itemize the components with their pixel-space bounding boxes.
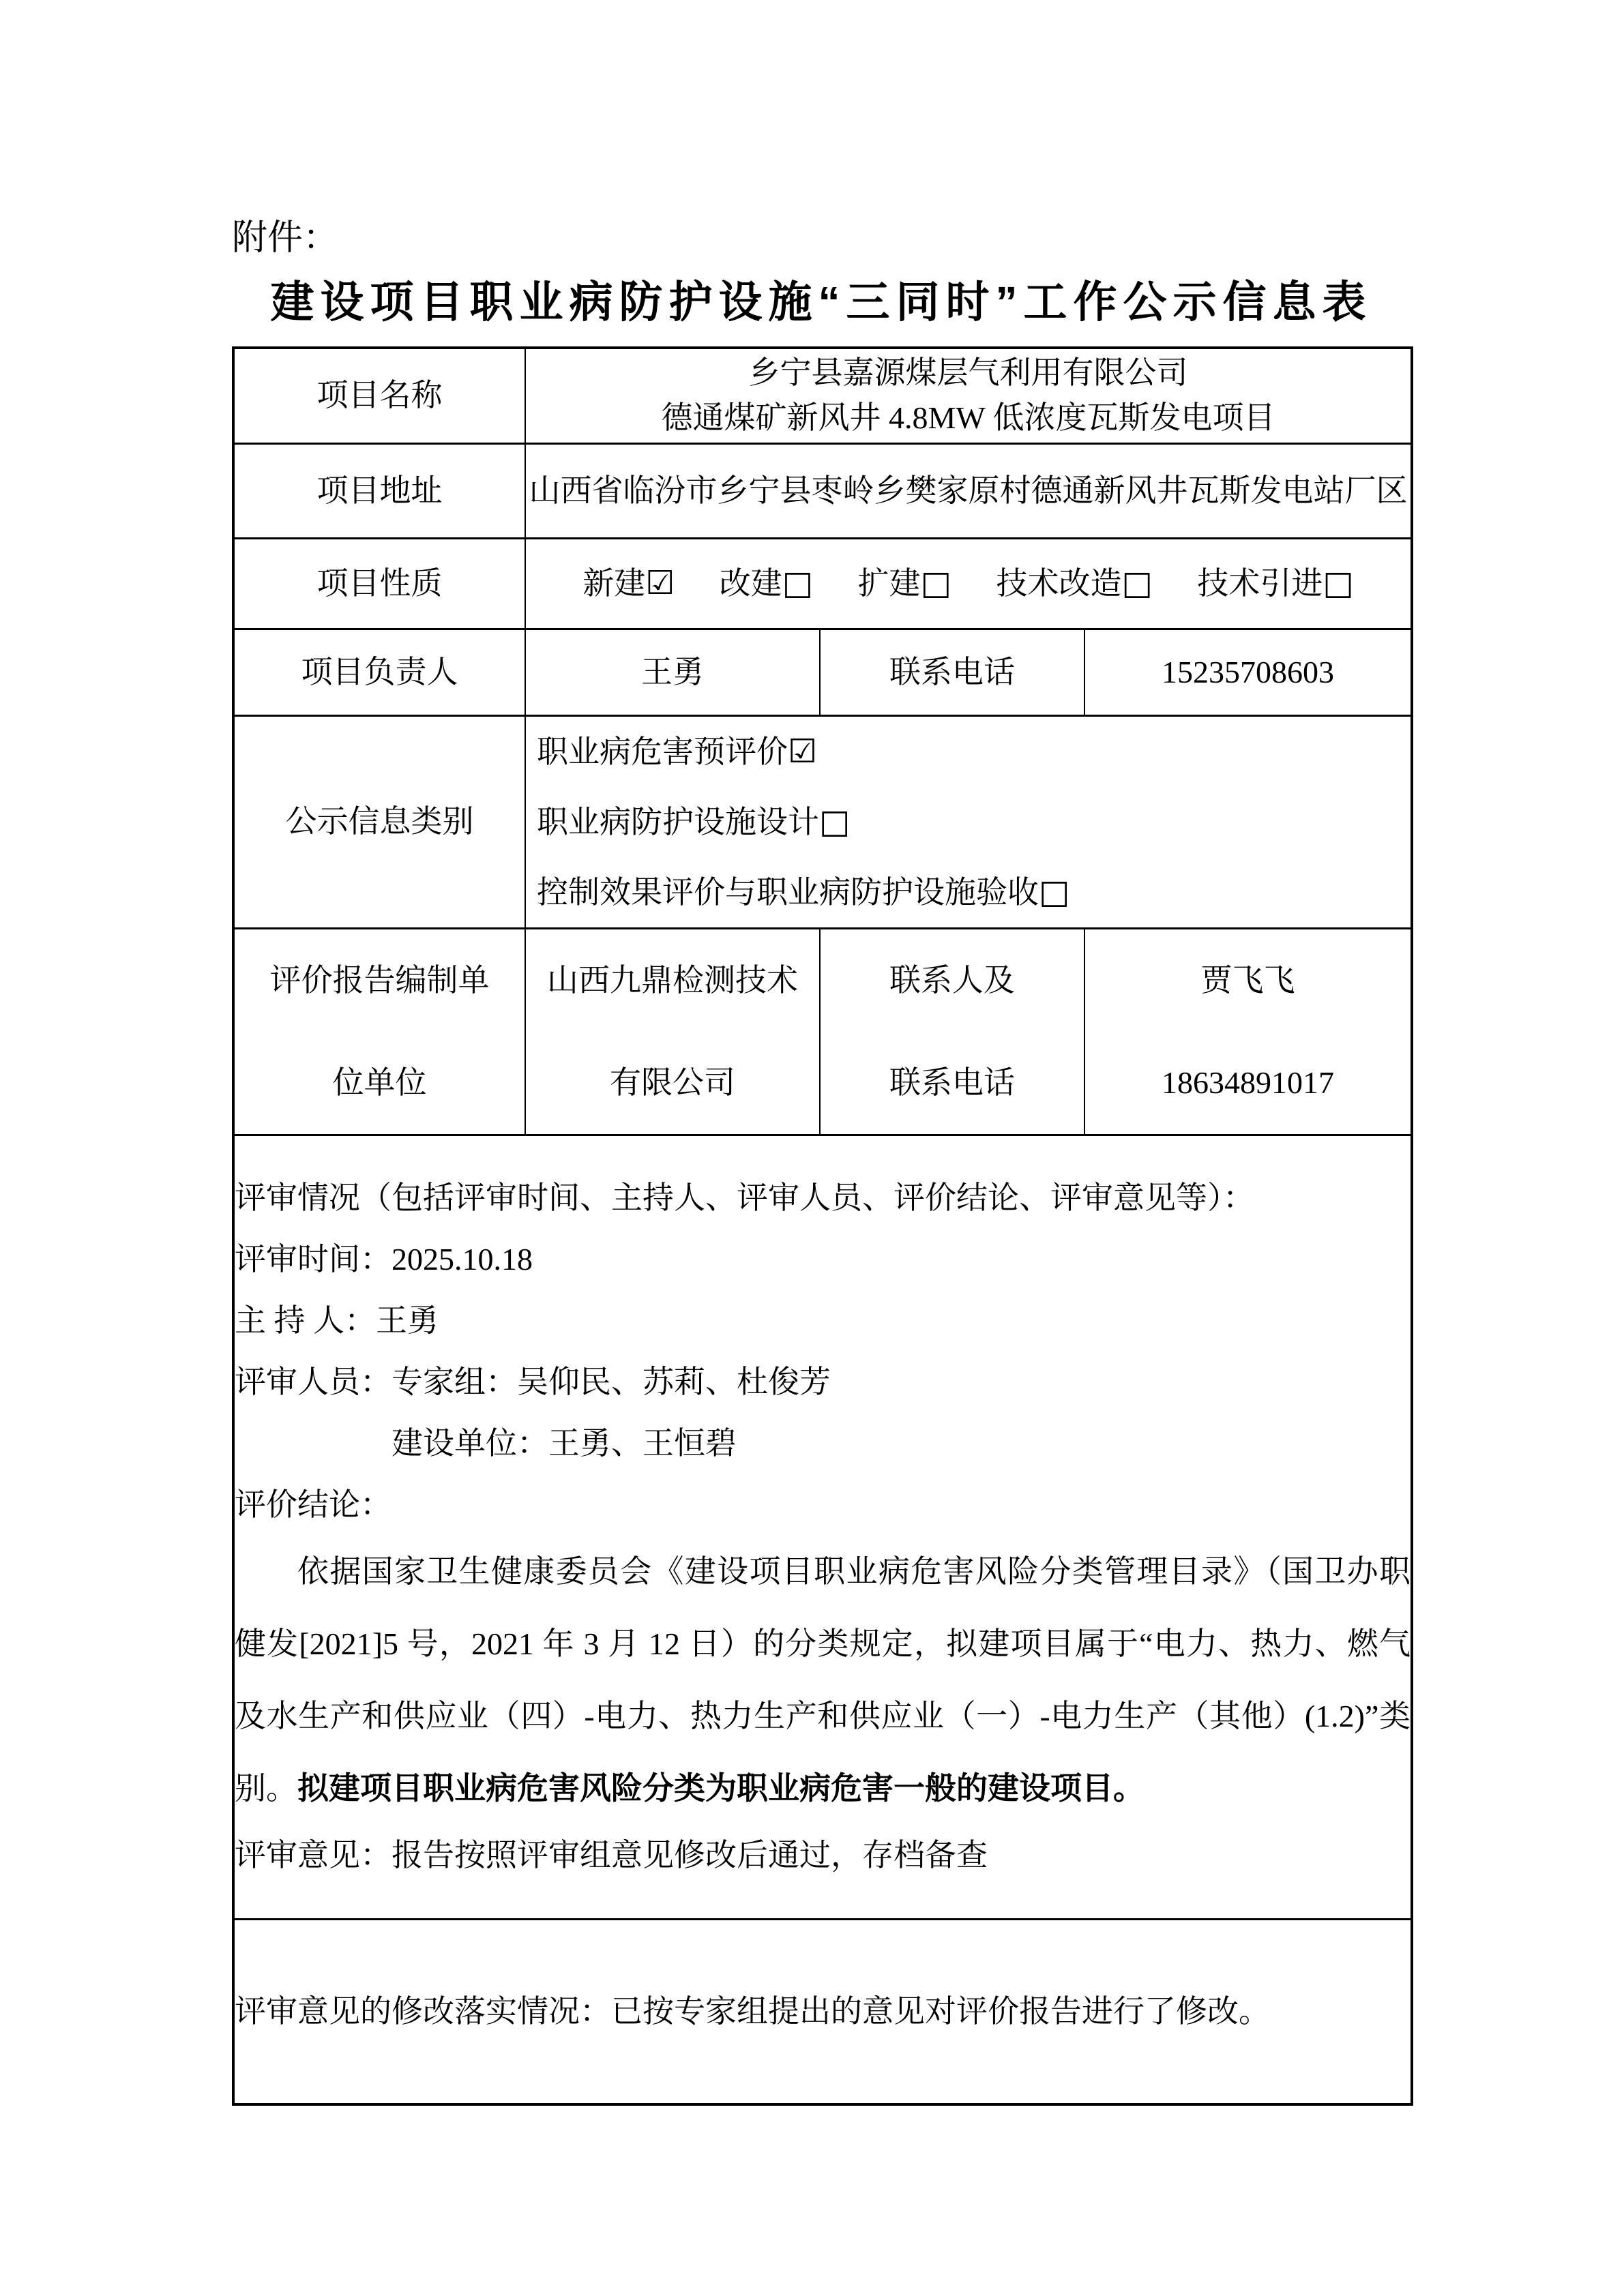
checkbox-unchecked-icon: □ [782, 564, 813, 602]
project-manager-name: 王勇 [525, 629, 820, 715]
category-item-label: 职业病防护设施设计 [537, 805, 819, 839]
review-conclusion-label: 评价结论： [235, 1474, 1411, 1536]
contact-phone-value: 15235708603 [1084, 629, 1412, 715]
report-unit-label-line2: 位单位 [235, 1032, 525, 1134]
checkbox-unchecked-icon: □ [1039, 873, 1069, 911]
review-conclusion-bold-text: 拟建项目职业病危害风险分类为职业病危害一般的建设项目。 [297, 1771, 1145, 1806]
report-unit-contact-phone: 18634891017 [1085, 1032, 1411, 1134]
checkbox-unchecked-icon: □ [1122, 564, 1153, 602]
project-name-label: 项目名称 [233, 348, 525, 443]
review-host: 主 持 人：王勇 [235, 1290, 1411, 1352]
review-section: 评审情况（包括评审时间、主持人、评审人员、评价结论、评审意见等）： 评审时间：2… [233, 1135, 1412, 1919]
category-item-pre-evaluation: 职业病危害预评价☑ [537, 717, 1411, 787]
nature-option-label: 改建 [720, 566, 782, 601]
nature-option-expand: 扩建□ [858, 563, 951, 604]
row-implementation: 评审意见的修改落实情况：已按专家组提出的意见对评价报告进行了修改。 [233, 1919, 1412, 2104]
row-project-nature: 项目性质 新建☑ 改建□ 扩建□ 技术改造□ 技术引进□ [233, 538, 1412, 629]
project-address-value: 山西省临汾市乡宁县枣岭乡樊家原村德通新风井瓦斯发电站厂区 [525, 443, 1412, 538]
report-unit-contact-label-line2: 联系电话 [821, 1032, 1084, 1134]
project-nature-options: 新建☑ 改建□ 扩建□ 技术改造□ 技术引进□ [525, 538, 1412, 629]
project-name-line2: 德通煤矿新风井 4.8MW 低浓度瓦斯发电项目 [526, 396, 1411, 441]
report-unit-contact-value: 贾飞飞 18634891017 [1084, 928, 1412, 1135]
project-name-line1: 乡宁县嘉源煤层气利用有限公司 [526, 351, 1411, 396]
row-review-section: 评审情况（包括评审时间、主持人、评审人员、评价结论、评审意见等）： 评审时间：2… [233, 1135, 1412, 1919]
report-unit-name-line2: 有限公司 [526, 1032, 819, 1134]
document-content: 附件： 建设项目职业病防护设施“三同时”工作公示信息表 项目名称 乡宁县嘉源煤层… [232, 217, 1411, 2106]
checkbox-checked-icon: ☑ [788, 732, 817, 771]
document-page: 附件： 建设项目职业病防护设施“三同时”工作公示信息表 项目名称 乡宁县嘉源煤层… [0, 0, 1624, 2296]
project-address-label: 项目地址 [233, 443, 525, 538]
report-unit-contact-label-line1: 联系人及 [821, 929, 1084, 1032]
info-table: 项目名称 乡宁县嘉源煤层气利用有限公司 德通煤矿新风井 4.8MW 低浓度瓦斯发… [232, 346, 1413, 2106]
report-unit-contact-label: 联系人及 联系电话 [820, 928, 1084, 1135]
row-project-name: 项目名称 乡宁县嘉源煤层气利用有限公司 德通煤矿新风井 4.8MW 低浓度瓦斯发… [233, 348, 1412, 443]
row-report-unit: 评价报告编制单 位单位 山西九鼎检测技术 有限公司 联系人及 联系电话 贾飞飞 … [233, 928, 1412, 1135]
project-nature-label: 项目性质 [233, 538, 525, 629]
report-unit-contact-name: 贾飞飞 [1085, 929, 1411, 1032]
row-project-address: 项目地址 山西省临汾市乡宁县枣岭乡樊家原村德通新风井瓦斯发电站厂区 [233, 443, 1412, 538]
nature-option-rebuild: 改建□ [720, 563, 813, 604]
category-item-label: 控制效果评价与职业病防护设施验收 [537, 875, 1039, 910]
nature-option-label: 技术改造 [996, 566, 1122, 601]
contact-phone-label: 联系电话 [820, 629, 1084, 715]
category-item-design: 职业病防护设施设计□ [537, 787, 1411, 857]
info-category-label: 公示信息类别 [233, 715, 525, 928]
review-opinion: 评审意见：报告按照评审组意见修改后通过，存档备查 [235, 1825, 1411, 1886]
report-unit-label-line1: 评价报告编制单 [235, 929, 525, 1032]
row-info-category: 公示信息类别 职业病危害预评价☑ 职业病防护设施设计□ 控制效果评价与职业病防护… [233, 715, 1412, 928]
review-reviewers-construction: 建设单位：王勇、王恒碧 [235, 1413, 1411, 1474]
project-manager-label: 项目负责人 [233, 629, 525, 715]
checkbox-unchecked-icon: □ [1323, 564, 1353, 602]
review-reviewers-experts: 评审人员：专家组：吴仰民、苏莉、杜俊芳 [235, 1352, 1411, 1413]
checkbox-unchecked-icon: □ [921, 564, 951, 602]
nature-option-label: 技术引进 [1197, 566, 1323, 601]
nature-option-new-build: 新建☑ [582, 563, 675, 604]
row-project-manager: 项目负责人 王勇 联系电话 15235708603 [233, 629, 1412, 715]
review-conclusion-paragraph: 依据国家卫生健康委员会《建设项目职业病危害风险分类管理目录》（国卫办职健发[20… [235, 1536, 1411, 1825]
category-item-acceptance: 控制效果评价与职业病防护设施验收□ [537, 857, 1411, 927]
info-category-items: 职业病危害预评价☑ 职业病防护设施设计□ 控制效果评价与职业病防护设施验收□ [525, 715, 1412, 928]
review-conclusion-text: 依据国家卫生健康委员会《建设项目职业病危害风险分类管理目录》（国卫办职健发[20… [235, 1554, 1411, 1806]
attachment-label: 附件： [232, 217, 1411, 260]
category-item-label: 职业病危害预评价 [537, 734, 788, 769]
checkbox-checked-icon: ☑ [645, 564, 675, 602]
report-unit-name: 山西九鼎检测技术 有限公司 [525, 928, 820, 1135]
implementation-note: 评审意见的修改落实情况：已按专家组提出的意见对评价报告进行了修改。 [233, 1919, 1412, 2104]
page-title: 建设项目职业病防护设施“三同时”工作公示信息表 [232, 273, 1411, 331]
checkbox-unchecked-icon: □ [819, 803, 850, 841]
review-time: 评审时间：2025.10.18 [235, 1229, 1411, 1290]
nature-option-label: 新建 [582, 566, 645, 601]
report-unit-label: 评价报告编制单 位单位 [233, 928, 525, 1135]
report-unit-name-line1: 山西九鼎检测技术 [526, 929, 819, 1032]
nature-option-tech-reform: 技术改造□ [996, 563, 1153, 604]
project-name-value: 乡宁县嘉源煤层气利用有限公司 德通煤矿新风井 4.8MW 低浓度瓦斯发电项目 [525, 348, 1412, 443]
review-header: 评审情况（包括评审时间、主持人、评审人员、评价结论、评审意见等）： [235, 1167, 1411, 1229]
nature-option-tech-import: 技术引进□ [1197, 563, 1353, 604]
nature-option-label: 扩建 [858, 566, 921, 601]
